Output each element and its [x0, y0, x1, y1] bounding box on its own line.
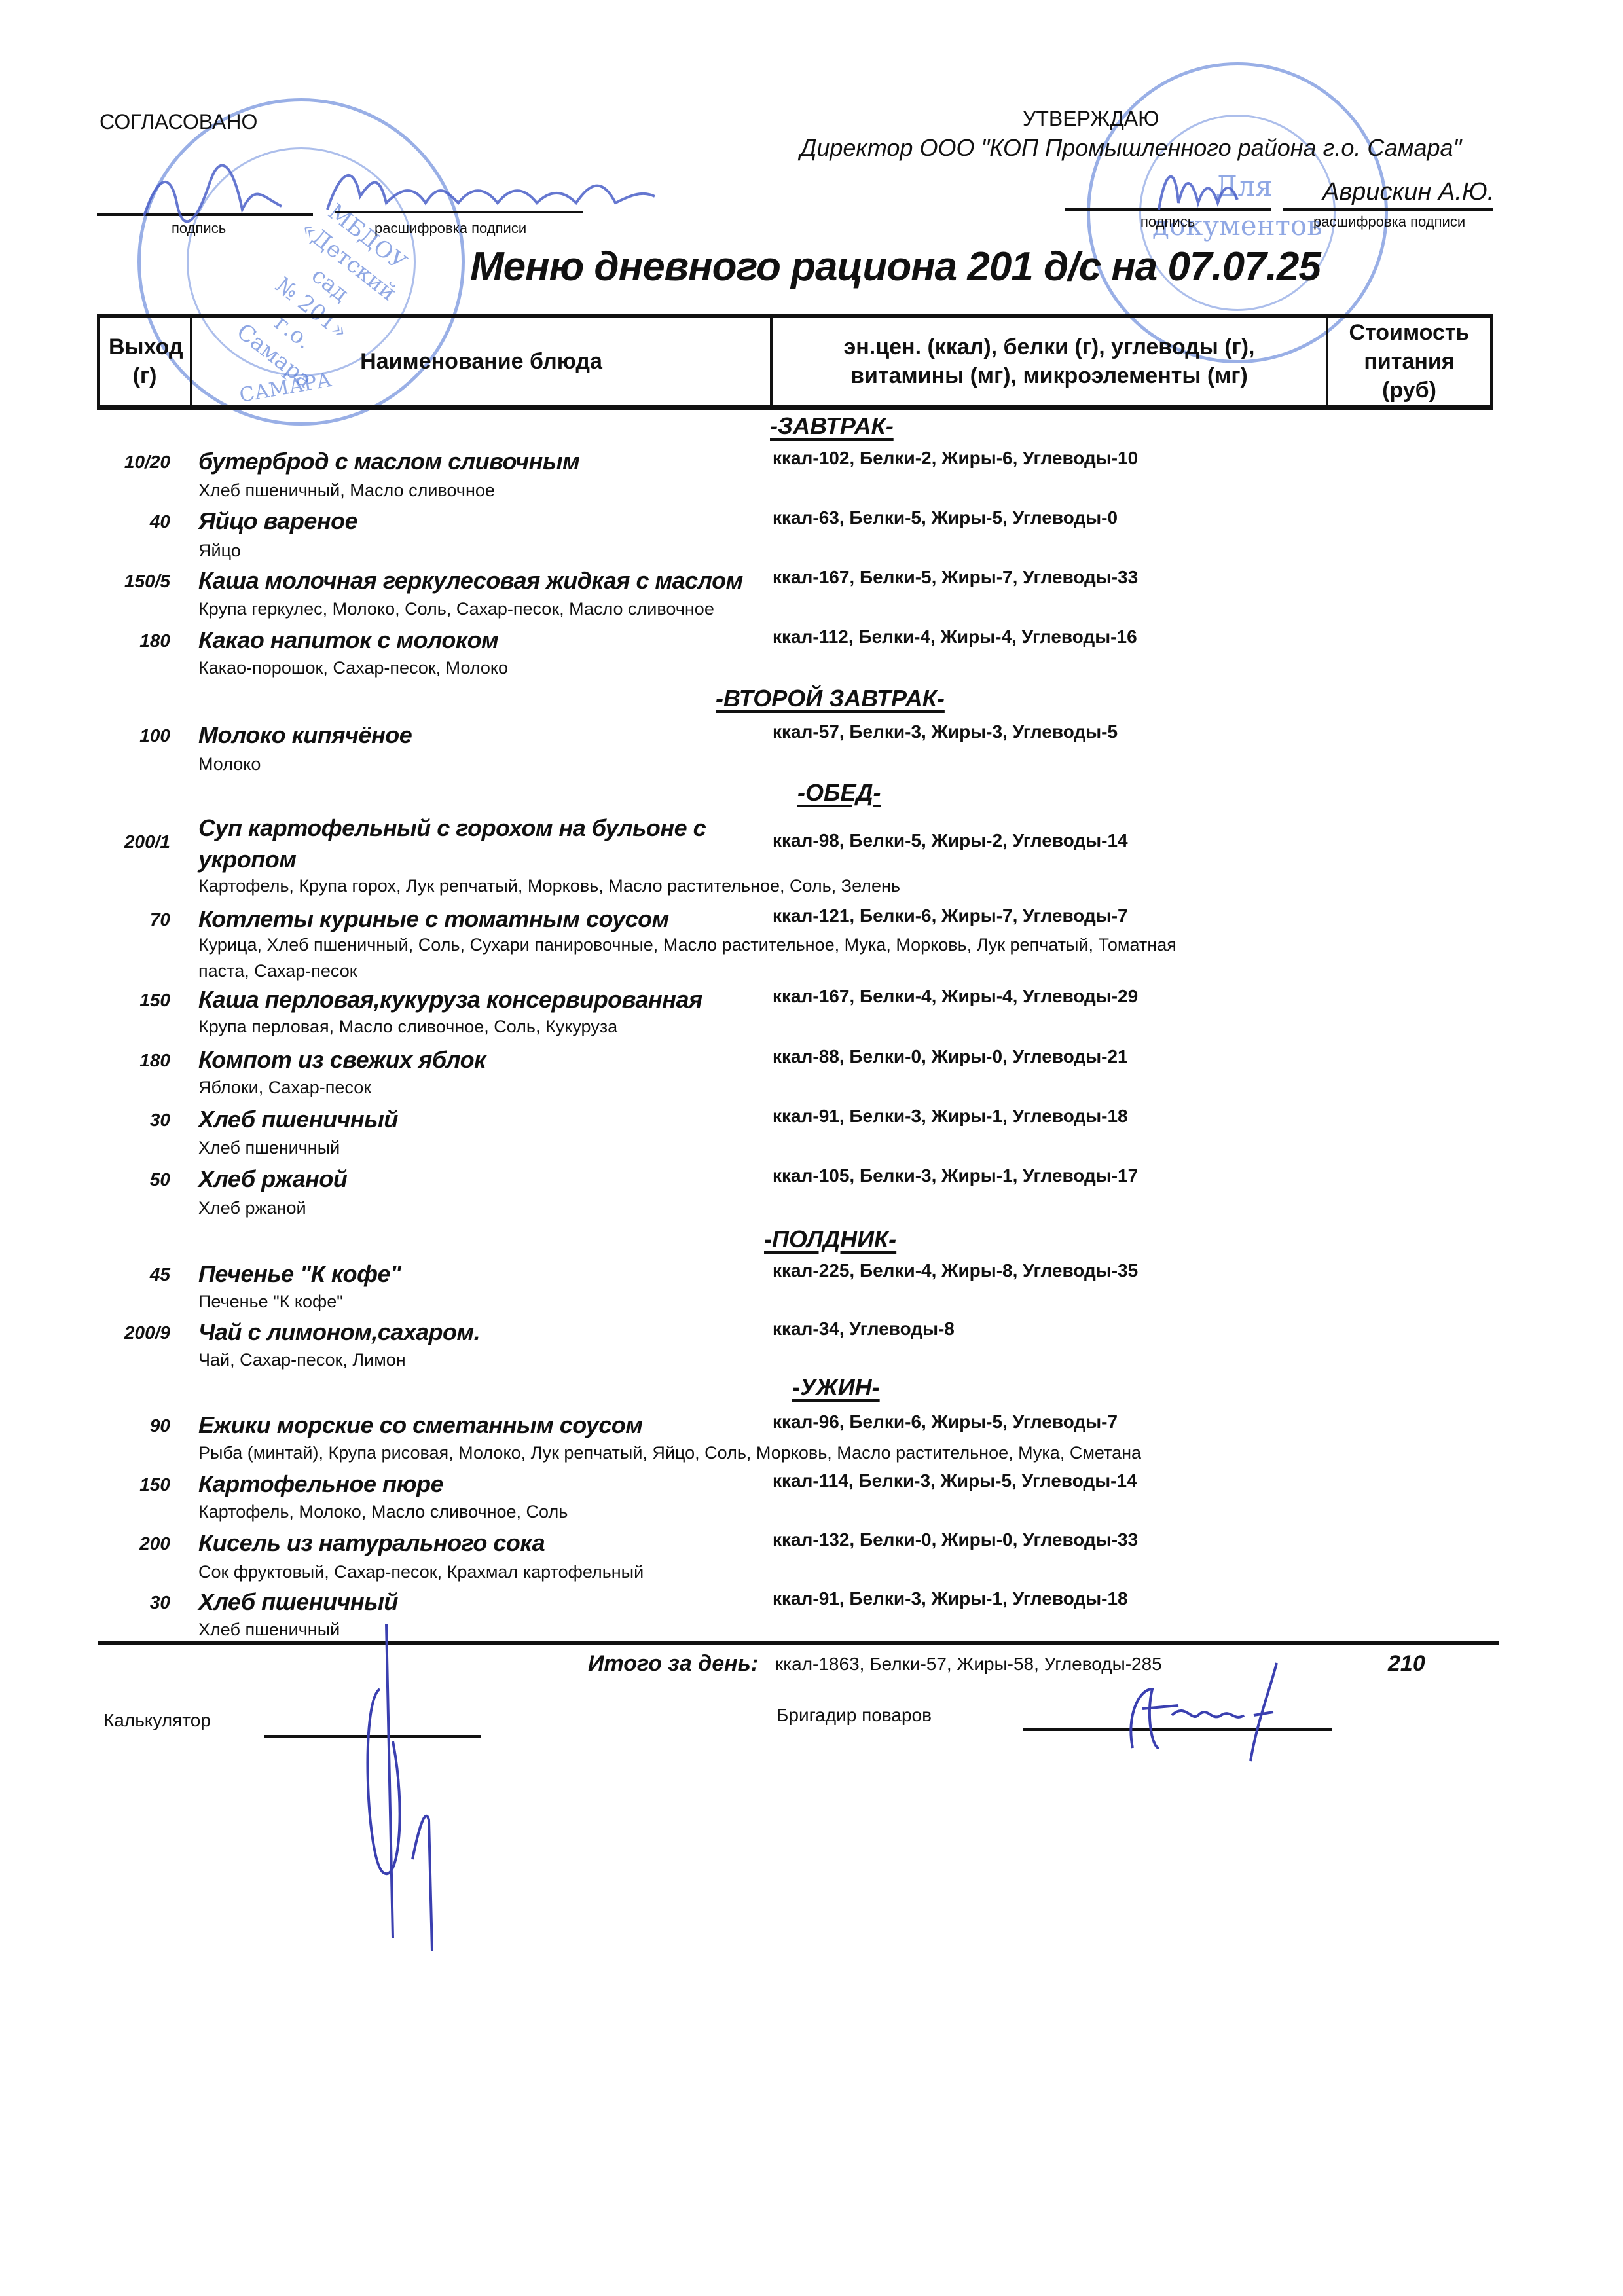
approved-label: УТВЕРЖДАЮ	[1023, 107, 1159, 131]
right-decode-line	[1283, 208, 1493, 211]
dish-ingredients: Чай, Сахар-песок, Лимон	[198, 1350, 406, 1370]
item-weight: 200/1	[92, 831, 170, 852]
dish-name: Печенье "К кофе"	[198, 1260, 401, 1288]
right-signature-icon	[1146, 157, 1277, 216]
dish-name: Каша перловая,кукуруза консервированная	[198, 986, 702, 1013]
dish-ingredients: Хлеб пшеничный	[198, 1138, 340, 1158]
dish-ingredients: Рыба (минтай), Крупа рисовая, Молоко, Лу…	[198, 1443, 1141, 1463]
dish-ingredients-line2: паста, Сахар-песок	[198, 961, 357, 981]
dish-ingredients: Хлеб пшеничный	[198, 1620, 340, 1640]
dish-name: бутерброд с маслом сливочным	[198, 448, 579, 475]
section-title-dinner: -УЖИН-	[792, 1374, 880, 1401]
dish-ingredients: Печенье "К кофе"	[198, 1292, 343, 1312]
dish-nutrition: ккал-88, Белки-0, Жиры-0, Углеводы-21	[773, 1046, 1128, 1067]
dish-ingredients: Крупа перловая, Масло сливочное, Соль, К…	[198, 1017, 617, 1037]
item-weight: 200	[92, 1533, 170, 1554]
dish-ingredients: Яблоки, Сахар-песок	[198, 1078, 371, 1098]
dish-nutrition: ккал-121, Белки-6, Жиры-7, Углеводы-7	[773, 905, 1128, 926]
dish-nutrition: ккал-105, Белки-3, Жиры-1, Углеводы-17	[773, 1165, 1138, 1186]
dish-name: Каша молочная геркулесовая жидкая с масл…	[198, 567, 743, 594]
dish-ingredients: Картофель, Молоко, Масло сливочное, Соль	[198, 1502, 568, 1522]
table-header: Выход (г) Наименование блюда эн.цен. (кк…	[97, 314, 1493, 410]
dish-nutrition: ккал-98, Белки-5, Жиры-2, Углеводы-14	[773, 830, 1128, 851]
column-header-nutrition: эн.цен. (ккал), белки (г), углеводы (г),…	[773, 318, 1326, 405]
right-decode-caption: расшифровка подписи	[1313, 213, 1465, 230]
dish-ingredients: Молоко	[198, 754, 261, 774]
dish-name: Компот из свежих яблок	[198, 1046, 486, 1074]
item-weight: 40	[92, 511, 170, 532]
column-header-dish: Наименование блюда	[192, 318, 770, 405]
calculator-signature-icon	[354, 1611, 471, 1951]
column-header-weight: Выход (г)	[100, 318, 190, 405]
chef-label: Бригадир поваров	[776, 1705, 932, 1726]
dish-ingredients: Какао-порошок, Сахар-песок, Молоко	[198, 658, 508, 678]
dish-name-line2: укропом	[198, 846, 296, 873]
dish-nutrition: ккал-96, Белки-6, Жиры-5, Углеводы-7	[773, 1412, 1118, 1432]
dish-name: Картофельное пюре	[198, 1470, 443, 1498]
dish-name: Яйцо вареное	[198, 507, 357, 535]
dish-nutrition: ккал-63, Белки-5, Жиры-5, Углеводы-0	[773, 507, 1118, 528]
dish-name: Хлеб ржаной	[198, 1165, 347, 1193]
dish-name: Молоко кипячёное	[198, 721, 412, 749]
item-weight: 200/9	[92, 1322, 170, 1343]
item-weight: 180	[92, 1050, 170, 1071]
director-position: Директор ООО "КОП Промышленного района г…	[800, 134, 1461, 162]
section-title-breakfast: -ЗАВТРАК-	[770, 412, 894, 440]
column-header-cost: Стоимость питания (руб)	[1328, 318, 1490, 405]
dish-nutrition: ккал-102, Белки-2, Жиры-6, Углеводы-10	[773, 448, 1138, 469]
dish-nutrition: ккал-225, Белки-4, Жиры-8, Углеводы-35	[773, 1260, 1138, 1281]
dish-name: Ежики морские со сметанным соусом	[198, 1412, 643, 1439]
dish-ingredients: Сок фруктовый, Сахар-песок, Крахмал карт…	[198, 1562, 644, 1582]
item-weight: 150/5	[92, 571, 170, 592]
dish-nutrition: ккал-167, Белки-4, Жиры-4, Углеводы-29	[773, 986, 1138, 1007]
dish-name: Чай с лимоном,сахаром.	[198, 1319, 480, 1346]
dish-name-line1: Суп картофельный с горохом на бульоне с	[198, 814, 706, 842]
totals-label: Итого за день:	[588, 1651, 758, 1677]
section-title-second-breakfast: -ВТОРОЙ ЗАВТРАК-	[716, 685, 945, 712]
item-weight: 180	[92, 630, 170, 651]
item-weight: 70	[92, 909, 170, 930]
item-weight: 150	[92, 990, 170, 1011]
dish-name: Котлеты куриные с томатным соусом	[198, 905, 669, 933]
item-weight: 30	[92, 1110, 170, 1131]
dish-nutrition: ккал-57, Белки-3, Жиры-3, Углеводы-5	[773, 721, 1118, 742]
chef-signature-icon	[1113, 1650, 1309, 1768]
dish-ingredients: Картофель, Крупа горох, Лук репчатый, Мо…	[198, 876, 900, 896]
totals-divider	[98, 1641, 1499, 1645]
dish-nutrition: ккал-132, Белки-0, Жиры-0, Углеводы-33	[773, 1529, 1138, 1550]
dish-nutrition: ккал-167, Белки-5, Жиры-7, Углеводы-33	[773, 567, 1138, 588]
dish-name: Хлеб пшеничный	[198, 1106, 398, 1133]
dish-ingredients: Яйцо	[198, 541, 241, 561]
dish-name: Какао напиток с молоком	[198, 627, 498, 654]
dish-ingredients-line1: Курица, Хлеб пшеничный, Соль, Сухари пан…	[198, 935, 1176, 955]
agreed-label: СОГЛАСОВАНО	[100, 110, 257, 134]
left-signature-icon	[131, 157, 720, 236]
item-weight: 50	[92, 1169, 170, 1190]
dish-name: Кисель из натурального сока	[198, 1529, 545, 1557]
calculator-label: Калькулятор	[103, 1710, 211, 1731]
item-weight: 90	[92, 1415, 170, 1436]
dish-ingredients: Хлеб пшеничный, Масло сливочное	[198, 481, 495, 501]
dish-nutrition: ккал-114, Белки-3, Жиры-5, Углеводы-14	[773, 1470, 1137, 1491]
item-weight: 150	[92, 1474, 170, 1495]
totals-cost: 210	[1388, 1651, 1425, 1677]
item-weight: 100	[92, 725, 170, 746]
item-weight: 45	[92, 1264, 170, 1285]
section-title-lunch: -ОБЕД-	[797, 779, 881, 807]
approver-name: Аврискин А.Ю.	[1322, 178, 1494, 206]
totals-nutrition: ккал-1863, Белки-57, Жиры-58, Углеводы-2…	[775, 1654, 1162, 1675]
item-weight: 10/20	[92, 452, 170, 473]
dish-nutrition: ккал-91, Белки-3, Жиры-1, Углеводы-18	[773, 1588, 1128, 1609]
item-weight: 30	[92, 1592, 170, 1613]
section-title-afternoon-snack: -ПОЛДНИК-	[764, 1226, 896, 1253]
dish-nutrition: ккал-34, Углеводы-8	[773, 1319, 955, 1339]
page-title: Меню дневного рациона 201 д/с на 07.07.2…	[470, 244, 1321, 290]
dish-nutrition: ккал-91, Белки-3, Жиры-1, Углеводы-18	[773, 1106, 1128, 1127]
dish-nutrition: ккал-112, Белки-4, Жиры-4, Углеводы-16	[773, 627, 1137, 647]
dish-ingredients: Крупа геркулес, Молоко, Соль, Сахар-песо…	[198, 599, 714, 619]
dish-ingredients: Хлеб ржаной	[198, 1198, 306, 1218]
